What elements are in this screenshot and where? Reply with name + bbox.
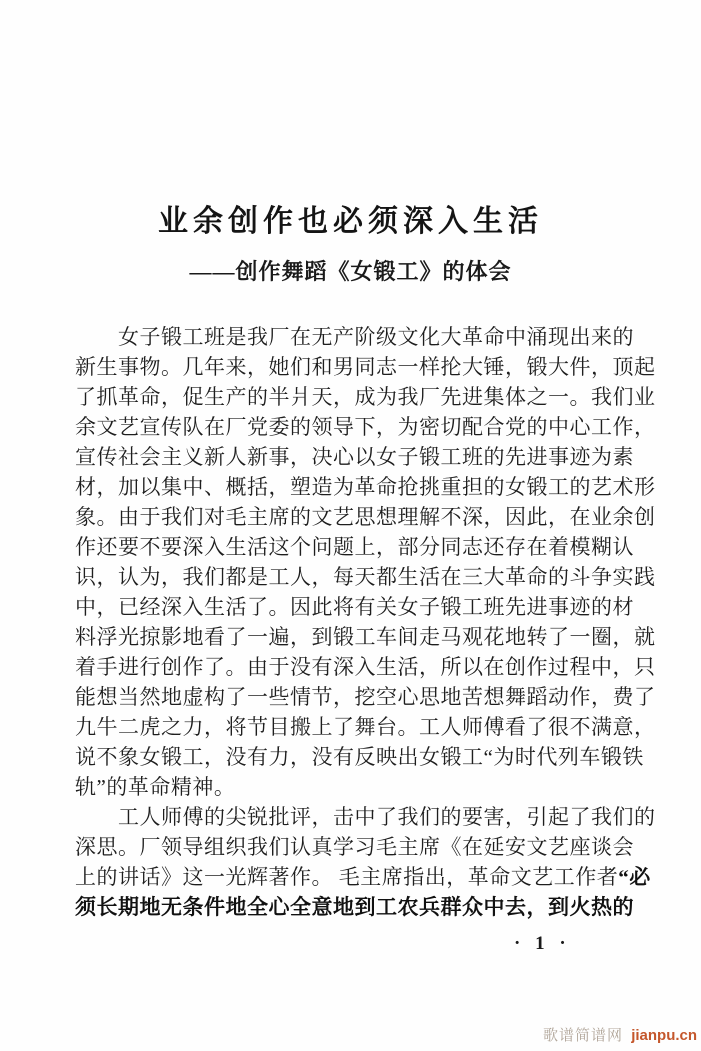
body-line: 轨”的革命精神。: [75, 772, 655, 802]
body-text-segment: 上的讲话》这一光辉著作。 毛主席指出，革命文艺工作者: [75, 865, 618, 889]
watermark: 歌谱简谱网 jianpu.cn: [543, 1024, 697, 1045]
body-line: 新生事物。几年来，她们和男同志一样抡大锤，锻大件，顶起: [75, 352, 655, 382]
body-line: 宣传社会主义新人新事，决心以女子锻工班的先进事迹为素: [75, 442, 655, 472]
watermark-site-name: 歌谱简谱网: [543, 1027, 623, 1044]
body-line: 说不象女锻工，没有力，没有反映出女锻工“为时代列车锻铁: [75, 742, 655, 772]
body-line: 工人师傅的尖锐批评，击中了我们的要害，引起了我们的: [75, 802, 655, 832]
page-number: · 1 ·: [514, 933, 571, 955]
body-line: 料浮光掠影地看了一遍，到锻工车间走马观花地转了一圈，就: [75, 622, 655, 652]
body-line: 上的讲话》这一光辉著作。 毛主席指出，革命文艺工作者“必: [75, 862, 655, 892]
watermark-site-url: jianpu.cn: [631, 1027, 697, 1044]
body-line-bold-quote: 须长期地无条件地全心全意地到工农兵群众中去，到火热的: [75, 892, 655, 922]
body-line: 中，已经深入生活了。因此将有关女子锻工班先进事迹的材: [75, 592, 655, 622]
body-line: 余文艺宣传队在厂党委的领导下，为密切配合党的中心工作，: [75, 412, 655, 442]
document-title: 业余创作也必须深入生活: [0, 203, 701, 241]
body-line: 象。由于我们对毛主席的文艺思想理解不深，因此，在业余创: [75, 502, 655, 532]
body-line: 作还要不要深入生活这个问题上，部分同志还存在着模糊认: [75, 532, 655, 562]
body-line: 九牛二虎之力，将节目搬上了舞台。工人师傅看了很不满意，: [75, 712, 655, 742]
body-line: 了抓革命，促生产的半爿天，成为我厂先进集体之一。我们业: [75, 382, 655, 412]
body-line: 女子锻工班是我厂在无产阶级文化大革命中涌现出来的: [75, 322, 655, 352]
document-page: 业余创作也必须深入生活 ——创作舞蹈《女锻工》的体会 女子锻工班是我厂在无产阶级…: [0, 0, 701, 1051]
body-text-segment-bold-quote: “必: [618, 865, 651, 889]
body-line: 着手进行创作了。由于没有深入生活，所以在创作过程中，只: [75, 652, 655, 682]
body-line: 材，加以集中、概括，塑造为革命抢挑重担的女锻工的艺术形: [75, 472, 655, 502]
body-line: 深思。厂领导组织我们认真学习毛主席《在延安文艺座谈会: [75, 832, 655, 862]
body-line: 识，认为，我们都是工人，每天都生活在三大革命的斗争实践: [75, 562, 655, 592]
document-body: 女子锻工班是我厂在无产阶级文化大革命中涌现出来的 新生事物。几年来，她们和男同志…: [75, 322, 655, 922]
document-subtitle: ——创作舞蹈《女锻工》的体会: [0, 257, 701, 287]
body-line: 能想当然地虚构了一些情节，挖空心思地苦想舞蹈动作，费了: [75, 682, 655, 712]
